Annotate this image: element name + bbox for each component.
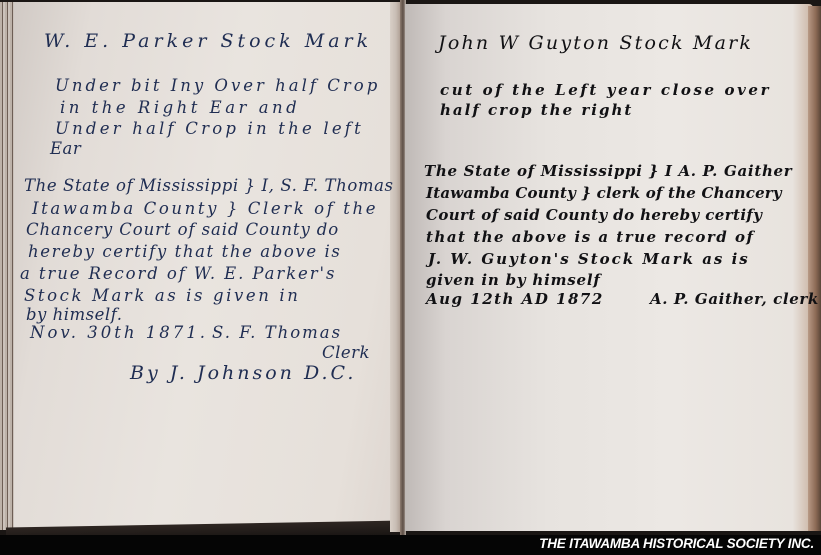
watermark-banner: THE ITAWAMBA HISTORICAL SOCIETY INC. [0,535,821,555]
left-mark-line: Ear [50,139,81,158]
left-cert-line: a true Record of W. E. Parker's [20,264,336,283]
ledger-photo: W. E. Parker Stock Mark Under bit Iny Ov… [0,0,821,535]
left-cert-deputy: By J. Johnson D.C. [130,362,356,384]
left-mark-line: Under half Crop in the left [55,119,364,138]
right-cert-date: Aug 12th AD 1872 [426,290,604,308]
left-mark-line: in the Right Ear and [60,98,300,117]
right-heading: John W Guyton Stock Mark [438,32,753,54]
left-cert-line: Stock Mark as is given in [24,286,300,305]
left-cert-signer: S. F. Thomas [212,323,342,342]
left-cert-line: The State of Mississippi } I, S. F. Thom… [24,176,394,195]
left-cert-line: Itawamba County } Clerk of the [32,199,378,218]
right-cert-signer: A. P. Gaither, clerk [650,290,819,308]
left-cert-signer-title: Clerk [322,343,370,362]
right-cert-line: Court of said County do hereby certify [426,206,762,224]
right-mark-line: cut of the Left year close over [440,81,771,99]
right-page-edge [808,6,821,531]
left-cert-line: Chancery Court of said County do [26,220,339,239]
left-cert-date: Nov. 30th 1871. [30,323,208,342]
right-cert-line: The State of Mississippi } I A. P. Gaith… [424,162,792,180]
right-cert-line: that the above is a true record of [426,228,754,246]
right-cert-line: given in by himself [426,271,601,289]
left-cert-line: by himself. [26,305,122,324]
right-cert-line: Itawamba County } clerk of the Chancery [426,184,782,202]
watermark-text: THE ITAWAMBA HISTORICAL SOCIETY INC. [539,536,814,551]
left-heading: W. E. Parker Stock Mark [44,30,372,52]
left-mark-line: Under bit Iny Over half Crop [55,76,380,95]
right-cert-line: J. W. Guyton's Stock Mark as is [428,250,750,268]
left-cert-line: hereby certify that the above is [28,242,342,261]
right-mark-line: half crop the right [440,101,633,119]
